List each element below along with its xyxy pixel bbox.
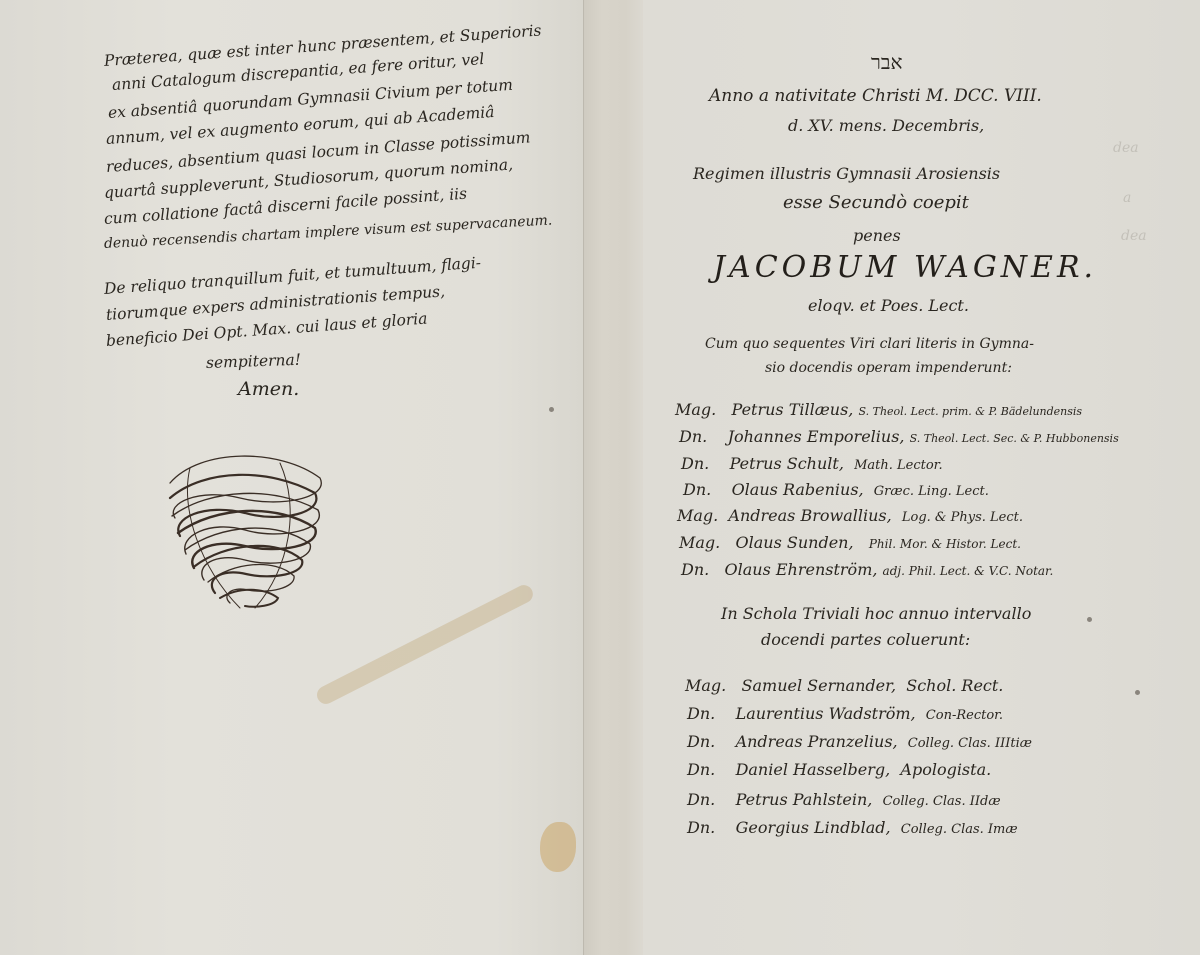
left-amen: Amen. — [238, 378, 299, 400]
staff-name: Olaus Sunden, — [736, 533, 854, 552]
staff-role: S. Theol. Lect. Sec. & P. Hubbonensis — [910, 432, 1119, 445]
schola-row-4: Dn. Daniel Hasselberg, Apologista. — [687, 760, 991, 779]
schola-line-2: docendi partes coluerunt: — [761, 630, 970, 649]
intro-line-1: Cum quo sequentes Viri clari literis in … — [705, 336, 1034, 352]
penes-label: penes — [853, 226, 901, 245]
ink-bleed-through: dea — [1121, 228, 1147, 244]
staff-role: Colleg. Clas. Imæ — [901, 822, 1018, 837]
hebrew-heading: אבר — [871, 50, 902, 75]
rector-name: JACOBUM WAGNER. — [713, 250, 1097, 285]
staff-role: Colleg. Clas. IIdæ — [883, 794, 1001, 809]
staff-name: Olaus Rabenius, — [732, 480, 864, 499]
paper-speck — [1135, 690, 1140, 695]
staff-row-7: Dn. Olaus Ehrenström, adj. Phil. Lect. &… — [681, 560, 1053, 579]
staff-name: Petrus Tillæus, — [732, 400, 854, 419]
staff-name: Samuel Sernander, — [742, 676, 897, 695]
staff-title: Dn. — [687, 818, 715, 837]
manuscript-spread: Præterea, quæ est inter hunc præsentem, … — [0, 0, 1200, 955]
ink-bleed-through: a — [1123, 190, 1131, 206]
date-line-2: d. XV. mens. Decembris, — [788, 116, 984, 135]
staff-name: Daniel Hasselberg, — [736, 760, 891, 779]
schola-row-5: Dn. Petrus Pahlstein, Colleg. Clas. IIdæ — [687, 790, 1001, 809]
rector-title: eloqv. et Poes. Lect. — [808, 296, 969, 315]
ink-bleed-through: dea — [1113, 140, 1139, 156]
staff-role: Con-Rector. — [926, 708, 1003, 723]
right-page: אבר Anno a nativitate Christi M. DCC. VI… — [643, 0, 1200, 955]
staff-title: Mag. — [675, 400, 716, 419]
staff-role: Math. Lector. — [854, 458, 943, 473]
schola-row-6: Dn. Georgius Lindblad, Colleg. Clas. Imæ — [687, 818, 1018, 837]
staff-title: Mag. — [677, 506, 718, 525]
staff-title: Dn. — [679, 427, 707, 446]
intro-line-2: sio docendis operam impenderunt: — [765, 360, 1012, 376]
regimen-line-1: Regimen illustris Gymnasii Arosiensis — [693, 164, 1000, 183]
calligraphic-flourish-icon — [160, 448, 330, 613]
paper-speck — [549, 407, 554, 412]
staff-title: Dn. — [687, 760, 715, 779]
book-gutter — [583, 0, 644, 955]
left-page: Præterea, quæ est inter hunc præsentem, … — [0, 0, 583, 955]
staff-role: Apologista. — [900, 760, 991, 779]
schola-row-2: Dn. Laurentius Wadström, Con-Rector. — [687, 704, 1003, 723]
schola-line-1: In Schola Triviali hoc annuo intervallo — [721, 604, 1031, 623]
schola-row-1: Mag. Samuel Sernander, Schol. Rect. — [685, 676, 1003, 695]
water-stain — [314, 582, 536, 707]
date-line-1: Anno a nativitate Christi M. DCC. VIII. — [709, 86, 1042, 106]
staff-row-5: Mag. Andreas Browallius, Log. & Phys. Le… — [677, 506, 1023, 525]
regimen-line-2: esse Secundò coepit — [783, 192, 969, 213]
staff-role: Log. & Phys. Lect. — [902, 510, 1023, 525]
staff-title: Mag. — [685, 676, 726, 695]
water-stain-spot — [540, 822, 576, 872]
staff-name: Petrus Schult, — [730, 454, 844, 473]
staff-row-2: Dn. Johannes Emporelius, S. Theol. Lect.… — [679, 427, 1119, 446]
staff-title: Dn. — [687, 790, 715, 809]
staff-role: Schol. Rect. — [906, 676, 1003, 695]
staff-role: Colleg. Clas. IIItiæ — [908, 736, 1032, 751]
staff-name: Georgius Lindblad, — [736, 818, 891, 837]
staff-row-4: Dn. Olaus Rabenius, Græc. Ling. Lect. — [683, 480, 989, 499]
staff-name: Petrus Pahlstein, — [736, 790, 873, 809]
paper-speck — [1087, 617, 1092, 622]
staff-name: Andreas Browallius, — [728, 506, 891, 525]
staff-title: Dn. — [681, 560, 709, 579]
staff-row-6: Mag. Olaus Sunden, Phil. Mor. & Histor. … — [679, 533, 1021, 552]
staff-title: Dn. — [683, 480, 711, 499]
staff-title: Dn. — [687, 732, 715, 751]
staff-name: Andreas Pranzelius, — [736, 732, 898, 751]
staff-title: Mag. — [679, 533, 720, 552]
staff-role: S. Theol. Lect. prim. & P. Bädelundensis — [858, 405, 1082, 418]
staff-role: Phil. Mor. & Histor. Lect. — [869, 537, 1021, 551]
staff-row-3: Dn. Petrus Schult, Math. Lector. — [681, 454, 943, 473]
left-closing: sempiterna! — [206, 351, 302, 372]
staff-name: Laurentius Wadström, — [736, 704, 916, 723]
staff-name: Olaus Ehrenström, — [724, 560, 877, 579]
staff-title: Dn. — [681, 454, 709, 473]
staff-role: Græc. Ling. Lect. — [874, 484, 989, 499]
staff-role: adj. Phil. Lect. & V.C. Notar. — [883, 564, 1054, 578]
schola-row-3: Dn. Andreas Pranzelius, Colleg. Clas. II… — [687, 732, 1032, 751]
staff-name: Johannes Emporelius, — [728, 427, 905, 446]
staff-title: Dn. — [687, 704, 715, 723]
staff-row-1: Mag. Petrus Tillæus, S. Theol. Lect. pri… — [675, 400, 1082, 419]
